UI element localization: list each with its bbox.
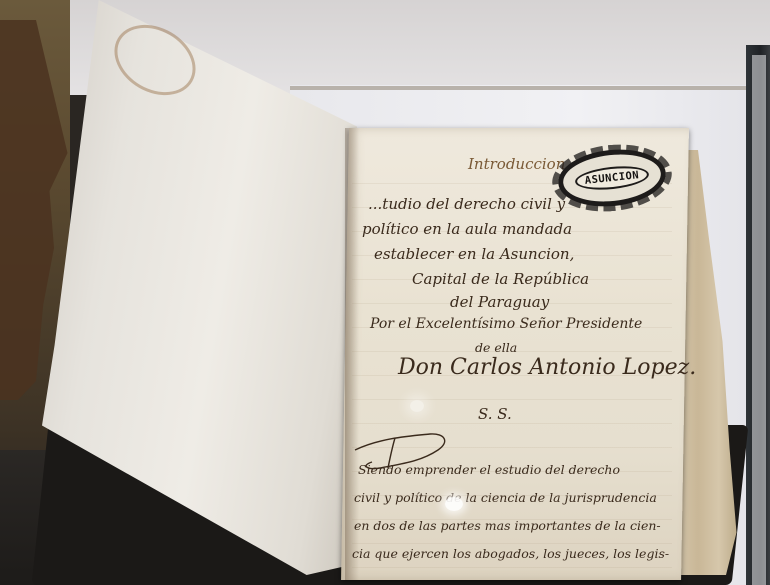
manuscript-line-9: S. S. xyxy=(478,405,512,423)
light-glare xyxy=(445,497,463,511)
case-shelf-edge xyxy=(290,86,750,90)
manuscript-line-5: del Paraguay xyxy=(450,293,549,311)
manuscript-line-3: establecer en la Asuncion, xyxy=(374,245,574,263)
manuscript-line-4: Capital de la República xyxy=(412,270,589,288)
manuscript-line-2: político en la aula mandada xyxy=(362,220,572,238)
manuscript-body-line-3: en dos de las partes mas importantes de … xyxy=(354,518,661,533)
museum-display-scene: Introduccion ASUNCION ...tudio del derec… xyxy=(0,0,770,585)
manuscript-line-6: Por el Excelentísimo Señor Presidente xyxy=(370,316,642,332)
manuscript-body-line-2: civil y político de la ciencia de la jur… xyxy=(354,490,657,505)
manuscript-heading: Introduccion xyxy=(468,155,565,173)
stamp-text: ASUNCION xyxy=(574,163,650,193)
manuscript-line-7: de ella xyxy=(475,340,517,355)
manuscript-body-line-1: Siendo emprender el estudio del derecho xyxy=(358,462,620,477)
manuscript-signature-line: Don Carlos Antonio Lopez. xyxy=(398,355,696,380)
manuscript-body-line-4: cia que ejercen los abogados, los jueces… xyxy=(352,546,669,561)
manuscript-line-1: ...tudio del derecho civil y xyxy=(368,195,565,213)
glass-reflection xyxy=(752,55,766,585)
light-glare-faint xyxy=(410,400,424,412)
